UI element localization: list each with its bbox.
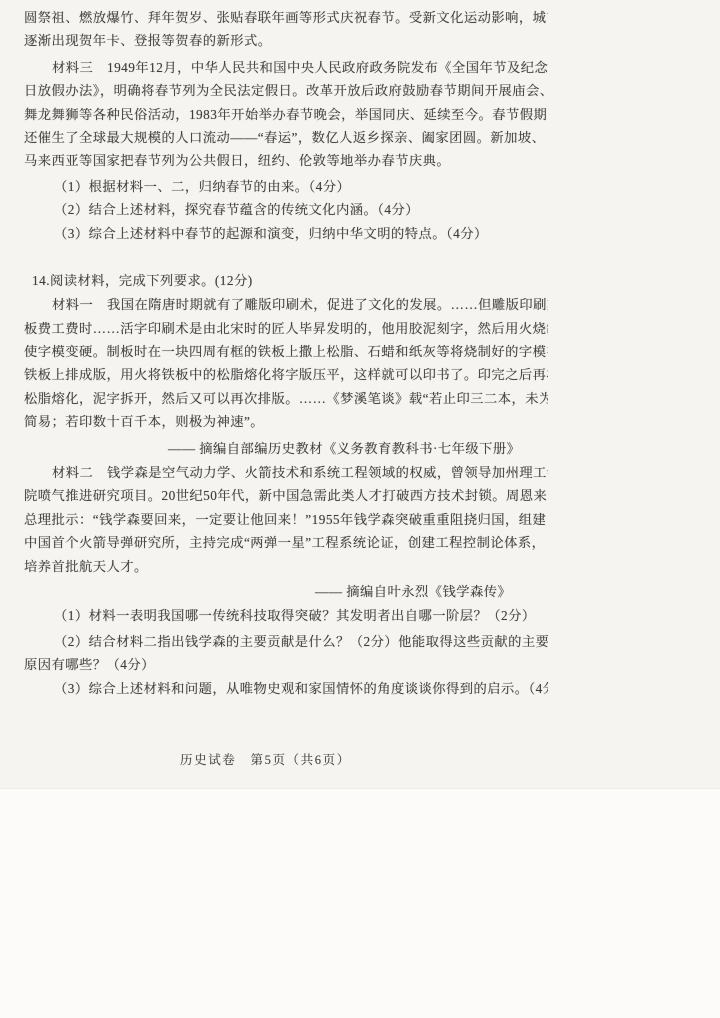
text-line: 使字模变硬。制板时在一块四周有框的铁板上撒上松脂、石蜡和纸灰等将烧制好的字模在 — [24, 340, 548, 363]
text-line: 材料二 钱学森是空气动力学、火箭技术和系统工程领域的权威，曾领导加州理工学 — [24, 461, 548, 484]
text-line: —— 摘编自部编历史教材《义务教育教科书·七年级下册》 — [24, 437, 548, 460]
text-line: 铁板上排成版，用火将铁板中的松脂熔化将字版压平，这样就可以印书了。印完之后再将 — [24, 363, 548, 386]
exam-text-column: 圆祭祖、燃放爆竹、拜年贺岁、张贴春联年画等形式庆祝春节。受新文化运动影响，城市逐… — [24, 6, 548, 700]
text-line: 中国首个火箭导弹研究所，主持完成“两弹一星”工程系统论证，创建工程控制论体系， — [24, 531, 548, 554]
text-line: —— 摘编自叶永烈《钱学森传》 — [24, 580, 548, 603]
text-line: 舞龙舞狮等各种民俗活动，1983年开始举办春节晚会，举国同庆、延续至今。春节假期 — [24, 103, 548, 126]
text-line: 逐渐出现贺年卡、登报等贺春的新形式。 — [24, 29, 548, 52]
text-line: 培养首批航天人才。 — [24, 555, 548, 578]
text-line: 松脂熔化，泥字拆开，然后又可以再次排版。……《梦溪笔谈》载“若止印三二本，未为 — [24, 387, 548, 410]
text-line: 圆祭祖、燃放爆竹、拜年贺岁、张贴春联年画等形式庆祝春节。受新文化运动影响，城市 — [24, 6, 548, 29]
text-line: 日放假办法》，明确将春节列为全民法定假日。改革开放后政府鼓励春节期间开展庙会、 — [24, 79, 548, 102]
text-line: 马来西亚等国家把春节列为公共假日，纽约、伦敦等地举办春节庆典。 — [24, 149, 548, 172]
text-line: 原因有哪些？（4分） — [24, 653, 548, 676]
exam-paper-page: 圆祭祖、燃放爆竹、拜年贺岁、张贴春联年画等形式庆祝春节。受新文化运动影响，城市逐… — [0, 0, 720, 1018]
text-line: （2）结合上述材料，探究春节蕴含的传统文化内涵。（4分） — [24, 198, 548, 221]
text-line: 还催生了全球最大规模的人口流动——“春运”，数亿人返乡探亲、阖家团圆。新加坡、 — [24, 126, 548, 149]
text-line: （2）结合材料二指出钱学森的主要贡献是什么？（2分）他能取得这些贡献的主要 — [24, 630, 548, 653]
text-line: （1）根据材料一、二，归纳春节的由来。（4分） — [24, 175, 548, 198]
scanned-paper-region: 圆祭祖、燃放爆竹、拜年贺岁、张贴春联年画等形式庆祝春节。受新文化运动影响，城市逐… — [0, 0, 720, 789]
text-line: 总理批示：“钱学森要回来，一定要让他回来！”1955年钱学森突破重重阻挠归国，组… — [24, 508, 548, 531]
text-line: （3）综合上述材料中春节的起源和演变，归纳中华文明的特点。（4分） — [24, 222, 548, 245]
page-footer: 历史试卷 第5页（共6页） — [180, 750, 351, 768]
text-line: （1）材料一表明我国哪一传统科技取得突破？其发明者出自哪一阶层？（2分） — [24, 604, 548, 627]
text-line: 院喷气推进研究项目。20世纪50年代，新中国急需此类人才打破西方技术封锁。周恩来 — [24, 484, 548, 507]
text-line: 简易；若印数十百千本，则极为神速”。 — [24, 410, 548, 433]
text-line: 材料三 1949年12月，中华人民共和国中央人民政府政务院发布《全国年节及纪念 — [24, 56, 548, 79]
text-line: 14.阅读材料，完成下列要求。(12分) — [24, 269, 548, 292]
text-line: 材料一 我国在隋唐时期就有了雕版印刷术，促进了文化的发展。……但雕版印刷刻 — [24, 293, 548, 316]
text-line: （3）综合上述材料和问题，从唯物史观和家国情怀的角度谈谈你得到的启示。（4分） — [24, 677, 548, 700]
text-line: 板费工费时……活字印刷术是由北宋时的匠人毕昇发明的，他用胶泥刻字，然后用火烧制 — [24, 317, 548, 340]
